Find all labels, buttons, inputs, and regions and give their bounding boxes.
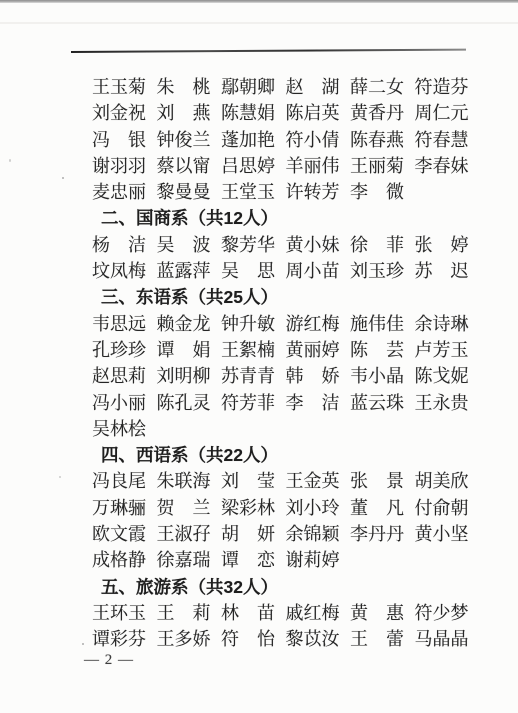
person-name: 吕思婷 bbox=[221, 153, 286, 179]
person-name: 黎苡汝 bbox=[286, 626, 351, 652]
person-name: 谭 恋 bbox=[221, 547, 286, 573]
section-heading: 四、西语系（共22人） bbox=[0, 442, 518, 468]
person-name: 刘明柳 bbox=[157, 363, 222, 389]
person-name: 余诗琳 bbox=[415, 311, 480, 337]
header-divider-rule bbox=[71, 49, 466, 53]
name-row: 坟凤梅蓝露萍吴 思周小苗刘玉珍苏 迟 bbox=[0, 258, 518, 284]
person-name: 李春妹 bbox=[415, 153, 480, 179]
person-name: 黄 惠 bbox=[350, 600, 415, 626]
scan-speck bbox=[82, 643, 84, 645]
person-name: 苏 迟 bbox=[415, 258, 480, 284]
person-name: 王堂玉 bbox=[221, 179, 286, 205]
person-name: 孔珍珍 bbox=[92, 337, 157, 363]
person-name: 赵 湖 bbox=[286, 74, 351, 100]
person-name: 吴林桧 bbox=[92, 416, 157, 442]
person-name: 冯小丽 bbox=[92, 390, 157, 416]
person-name: 万琳骊 bbox=[92, 495, 157, 521]
name-row: 孔珍珍谭 娟王絮楠黄丽婷陈 芸卢芳玉 bbox=[0, 337, 518, 363]
name-row: 成格静徐嘉瑞谭 恋谢莉婷 bbox=[0, 547, 518, 573]
person-name: 谭 娟 bbox=[157, 337, 222, 363]
person-name: 冯 银 bbox=[92, 127, 157, 153]
scan-speck bbox=[62, 177, 64, 179]
person-name: 周小苗 bbox=[286, 258, 351, 284]
person-name: 谢羽羽 bbox=[92, 153, 157, 179]
name-row: 冯 银钟俊兰蓬加艳符小倩陈春燕符春慧 bbox=[0, 127, 518, 153]
person-name: 冯良尾 bbox=[92, 468, 157, 494]
person-name: 韦小晶 bbox=[350, 363, 415, 389]
person-name: 王环玉 bbox=[92, 600, 157, 626]
person-name: 吴 思 bbox=[221, 258, 286, 284]
person-name: 施伟佳 bbox=[350, 311, 415, 337]
person-name: 王淑孖 bbox=[157, 521, 222, 547]
name-row: 欧文霞王淑孖胡 妍余锦颖李丹丹黄小坚 bbox=[0, 521, 518, 547]
person-name: 王金英 bbox=[286, 468, 351, 494]
person-name: 陈慧娟 bbox=[221, 100, 286, 126]
name-row: 赵思莉刘明柳苏青青韩 娇韦小晶陈戈妮 bbox=[0, 363, 518, 389]
person-name: 钟俊兰 bbox=[157, 127, 222, 153]
name-row: 谭彩芬王多娇符 怡黎苡汝王 蕾马晶晶 bbox=[0, 626, 518, 652]
name-row: 冯良尾朱联海刘 莹王金英张 景胡美欣 bbox=[0, 468, 518, 494]
person-name: 王丽菊 bbox=[350, 153, 415, 179]
person-name: 黄香丹 bbox=[350, 100, 415, 126]
person-name: 胡 妍 bbox=[221, 521, 286, 547]
name-row: 麦忠丽黎曼曼王堂玉许转芳李 微 bbox=[0, 179, 518, 205]
scan-speck bbox=[9, 159, 11, 162]
person-name: 陈启英 bbox=[286, 100, 351, 126]
scan-streak-artifact bbox=[0, 22, 518, 24]
person-name: 黎曼曼 bbox=[157, 179, 222, 205]
person-name: 李 微 bbox=[350, 179, 415, 205]
name-row: 刘金祝刘 燕陈慧娟陈启英黄香丹周仁元 bbox=[0, 100, 518, 126]
scan-edge-artifact bbox=[0, 0, 518, 3]
person-name: 陈孔灵 bbox=[157, 390, 222, 416]
name-row: 吴林桧 bbox=[0, 416, 518, 442]
section-heading: 二、国商系（共12人） bbox=[0, 205, 518, 231]
person-name: 欧文霞 bbox=[92, 521, 157, 547]
person-name: 马晶晶 bbox=[415, 626, 480, 652]
person-name: 游红梅 bbox=[286, 311, 351, 337]
name-row: 韦思远赖金龙钟升敏游红梅施伟佳余诗琳 bbox=[0, 311, 518, 337]
person-name: 王玉菊 bbox=[92, 74, 157, 100]
person-name: 符芳菲 bbox=[221, 390, 286, 416]
person-name: 朱联海 bbox=[157, 468, 222, 494]
person-name: 蓝云珠 bbox=[350, 390, 415, 416]
person-name: 林 苗 bbox=[221, 600, 286, 626]
name-row: 杨 洁吴 波黎芳华黄小妹徐 菲张 婷 bbox=[0, 232, 518, 258]
person-name: 鄢朝卿 bbox=[221, 74, 286, 100]
person-name: 董 凡 bbox=[350, 495, 415, 521]
person-name: 徐嘉瑞 bbox=[157, 547, 222, 573]
person-name: 陈戈妮 bbox=[415, 363, 480, 389]
person-name: 羊丽伟 bbox=[286, 153, 351, 179]
person-name: 蔡以甯 bbox=[157, 153, 222, 179]
page-number: — 2 — bbox=[84, 652, 134, 669]
person-name: 韦思远 bbox=[92, 311, 157, 337]
name-row: 王玉菊朱 桃鄢朝卿赵 湖薛二女符造芬 bbox=[0, 74, 518, 100]
person-name: 贺 兰 bbox=[157, 495, 222, 521]
person-name: 钟升敏 bbox=[221, 311, 286, 337]
person-name: 余锦颖 bbox=[286, 521, 351, 547]
person-name: 刘玉珍 bbox=[350, 258, 415, 284]
person-name: 王 蕾 bbox=[350, 626, 415, 652]
person-name: 吴 波 bbox=[157, 232, 222, 258]
person-name: 王 莉 bbox=[157, 600, 222, 626]
person-name: 成格静 bbox=[92, 547, 157, 573]
person-name: 朱 桃 bbox=[157, 74, 222, 100]
person-name: 陈春燕 bbox=[350, 127, 415, 153]
person-name: 赖金龙 bbox=[157, 311, 222, 337]
person-name: 杨 洁 bbox=[92, 232, 157, 258]
section-heading: 三、东语系（共25人） bbox=[0, 284, 518, 310]
name-row: 王环玉王 莉林 苗戚红梅黄 惠符少梦 bbox=[0, 600, 518, 626]
person-name: 王絮楠 bbox=[221, 337, 286, 363]
person-name: 黄丽婷 bbox=[286, 337, 351, 363]
person-name: 蓬加艳 bbox=[221, 127, 286, 153]
name-row: 万琳骊贺 兰梁彩林刘小玲董 凡付俞朝 bbox=[0, 495, 518, 521]
person-name: 陈 芸 bbox=[350, 337, 415, 363]
person-name: 张 景 bbox=[350, 468, 415, 494]
person-name: 赵思莉 bbox=[92, 363, 157, 389]
person-name: 张 婷 bbox=[415, 232, 480, 258]
person-name: 谢莉婷 bbox=[286, 547, 351, 573]
person-name: 刘金祝 bbox=[92, 100, 157, 126]
section-heading: 五、旅游系（共32人） bbox=[0, 574, 518, 600]
scanned-page: 王玉菊朱 桃鄢朝卿赵 湖薛二女符造芬刘金祝刘 燕陈慧娟陈启英黄香丹周仁元冯 银钟… bbox=[0, 0, 518, 713]
scan-speck bbox=[59, 476, 61, 478]
name-row: 冯小丽陈孔灵符芳菲李 洁蓝云珠王永贵 bbox=[0, 390, 518, 416]
person-name: 符小倩 bbox=[286, 127, 351, 153]
person-name: 符 怡 bbox=[221, 626, 286, 652]
person-name: 刘 燕 bbox=[157, 100, 222, 126]
person-name: 梁彩林 bbox=[221, 495, 286, 521]
person-name: 周仁元 bbox=[415, 100, 480, 126]
person-name: 符少梦 bbox=[415, 600, 480, 626]
person-name: 卢芳玉 bbox=[415, 337, 480, 363]
person-name: 刘小玲 bbox=[286, 495, 351, 521]
person-name: 谭彩芬 bbox=[92, 626, 157, 652]
person-name: 付俞朝 bbox=[415, 495, 480, 521]
person-name: 李丹丹 bbox=[350, 521, 415, 547]
person-name: 王多娇 bbox=[157, 626, 222, 652]
person-name: 王永贵 bbox=[415, 390, 480, 416]
person-name: 黄小妹 bbox=[286, 232, 351, 258]
person-name: 苏青青 bbox=[221, 363, 286, 389]
person-name: 坟凤梅 bbox=[92, 258, 157, 284]
person-name: 韩 娇 bbox=[286, 363, 351, 389]
person-name: 许转芳 bbox=[286, 179, 351, 205]
person-name: 符造芬 bbox=[415, 74, 480, 100]
person-name: 胡美欣 bbox=[415, 468, 480, 494]
person-name: 徐 菲 bbox=[350, 232, 415, 258]
person-name: 黎芳华 bbox=[221, 232, 286, 258]
person-name: 麦忠丽 bbox=[92, 179, 157, 205]
person-name: 黄小坚 bbox=[415, 521, 480, 547]
person-name: 薛二女 bbox=[350, 74, 415, 100]
person-name: 戚红梅 bbox=[286, 600, 351, 626]
person-name: 刘 莹 bbox=[221, 468, 286, 494]
name-row: 谢羽羽蔡以甯吕思婷羊丽伟王丽菊李春妹 bbox=[0, 153, 518, 179]
person-name: 蓝露萍 bbox=[157, 258, 222, 284]
name-roster-content: 王玉菊朱 桃鄢朝卿赵 湖薛二女符造芬刘金祝刘 燕陈慧娟陈启英黄香丹周仁元冯 银钟… bbox=[0, 74, 518, 653]
person-name: 符春慧 bbox=[415, 127, 480, 153]
person-name: 李 洁 bbox=[286, 390, 351, 416]
